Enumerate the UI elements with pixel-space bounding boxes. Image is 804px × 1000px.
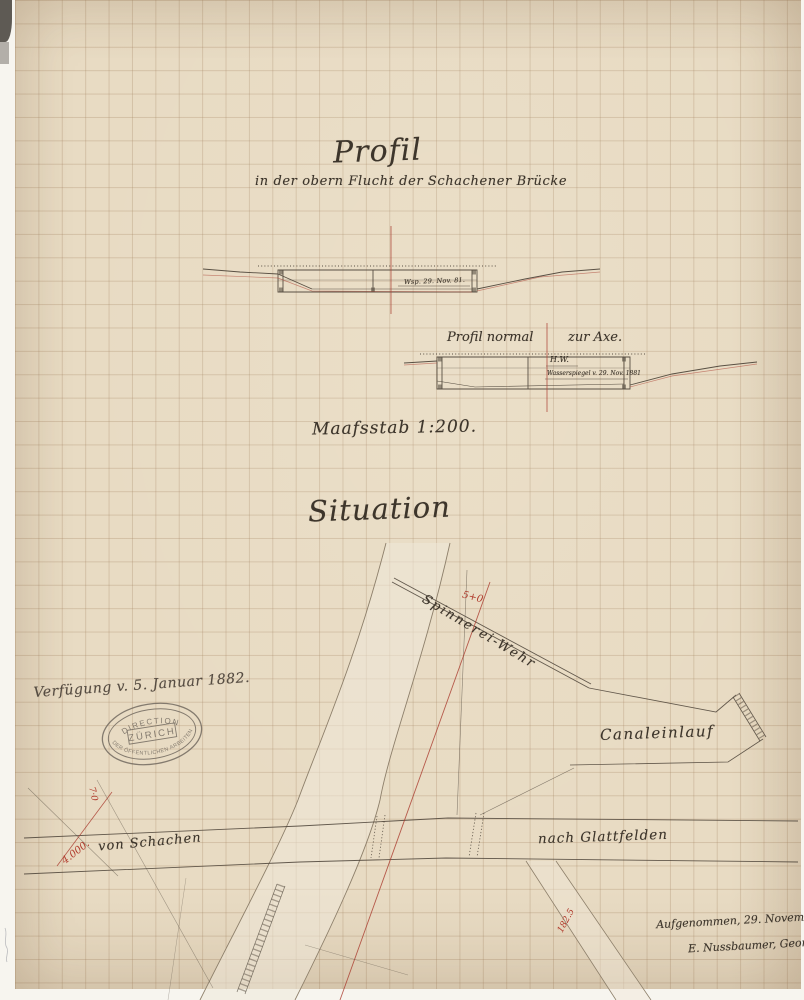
- faint-boundary-2: [97, 780, 213, 988]
- upper-terrain-left: [203, 269, 312, 289]
- upper-terrain-right: [477, 269, 600, 289]
- lower-terrain-left: [404, 361, 437, 363]
- scanned-plan-page: Profil in der obern Flucht der Schachene…: [0, 0, 804, 1000]
- road-lower-edge: [24, 858, 798, 874]
- archive-stamp: DIRECTION ZÜRICH DER ÖFFENTLICHEN ARBEIT…: [96, 697, 208, 771]
- profil-title: Profil: [332, 132, 422, 170]
- lower-terrain-right: [630, 362, 757, 385]
- faint-boundary-1: [28, 788, 118, 876]
- canal-gate-rungs: [736, 695, 763, 739]
- river-band-fill: [200, 543, 450, 1000]
- situation-title: Situation: [307, 490, 451, 529]
- weir-axis-line: [457, 570, 467, 815]
- situation-map-drawing: [24, 543, 798, 1000]
- profil-normal-label: Profil normal: [447, 330, 533, 345]
- zur-axe-label: zur Axe.: [568, 330, 622, 345]
- lower-bed-line: [437, 381, 624, 387]
- lower-water-level-label: Wasserspiegel v. 29. Nov. 1881: [547, 370, 641, 377]
- faint-boundary-4: [168, 878, 186, 1000]
- hw-label: H.W.: [550, 355, 569, 364]
- profil-subtitle: in der obern Flucht der Schachener Brück…: [255, 174, 540, 189]
- faint-boundary-3: [305, 945, 408, 975]
- upper-profile-drawing: [203, 226, 600, 314]
- margin-pencil-squiggle: [5, 928, 8, 962]
- canal-to-bridge-connector: [480, 768, 574, 815]
- scale-label: Maafsstab 1:200.: [312, 417, 477, 440]
- bridge-dotted-outline-canal: [469, 813, 484, 857]
- tailrace-band-fill: [526, 861, 651, 1000]
